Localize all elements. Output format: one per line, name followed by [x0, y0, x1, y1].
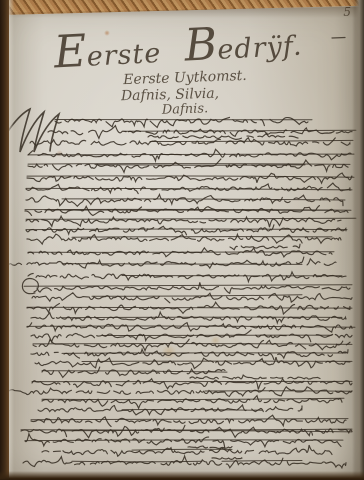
- page-stack-edge: [352, 0, 364, 480]
- paper-stain: [160, 346, 178, 358]
- book-binding-edge: [0, 0, 9, 480]
- act-title-word2: Bedrÿf.: [183, 14, 303, 72]
- paper-stain: [210, 336, 221, 345]
- paper-stain: [56, 150, 63, 157]
- act-title-word1: Eerste: [53, 21, 163, 79]
- book-bottom-edge: [0, 471, 364, 480]
- manuscript-photo: 5 Eerste Bedrÿf. Eerste Uytkomst. Dafnis…: [0, 0, 364, 480]
- manuscript-page: 5 Eerste Bedrÿf. Eerste Uytkomst. Dafnis…: [0, 0, 364, 480]
- page-number: 5: [343, 5, 351, 19]
